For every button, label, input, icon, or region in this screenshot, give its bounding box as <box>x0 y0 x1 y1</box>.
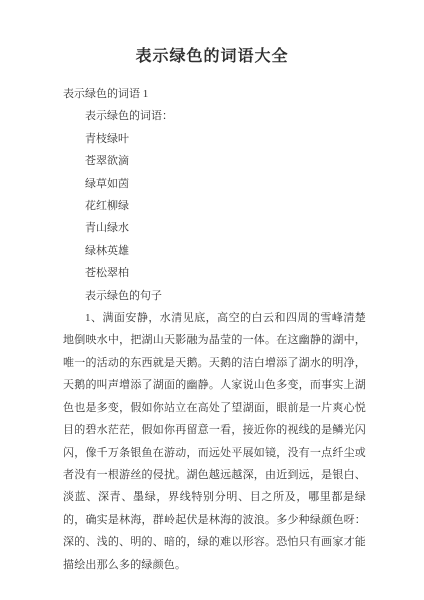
document-body: 表示绿色的词语 1 表示绿色的词语： 青枝绿叶 苍翠欲滴 绿草如茵 花红柳绿 青… <box>0 83 424 576</box>
words-label: 表示绿色的词语： <box>63 105 366 127</box>
section-heading: 表示绿色的词语 1 <box>63 83 366 105</box>
word-item: 苍翠欲滴 <box>63 150 366 172</box>
page-title: 表示绿色的词语大全 <box>0 45 424 69</box>
paragraph-text: 1、满面安静，水清见底，高空的白云和四周的雪峰清楚地倒映水中，把湖山天影融为晶莹… <box>63 307 366 576</box>
word-item: 花红柳绿 <box>63 195 366 217</box>
word-list: 青枝绿叶 苍翠欲滴 绿草如茵 花红柳绿 青山绿水 绿林英雄 苍松翠柏 <box>63 128 366 285</box>
word-item: 绿林英雄 <box>63 240 366 262</box>
word-item: 苍松翠柏 <box>63 262 366 284</box>
word-item: 绿草如茵 <box>63 173 366 195</box>
word-item: 青枝绿叶 <box>63 128 366 150</box>
word-item: 青山绿水 <box>63 217 366 239</box>
document-page: 表示绿色的词语大全 表示绿色的词语 1 表示绿色的词语： 青枝绿叶 苍翠欲滴 绿… <box>0 0 424 600</box>
sentences-label: 表示绿色的句子 <box>63 285 366 307</box>
